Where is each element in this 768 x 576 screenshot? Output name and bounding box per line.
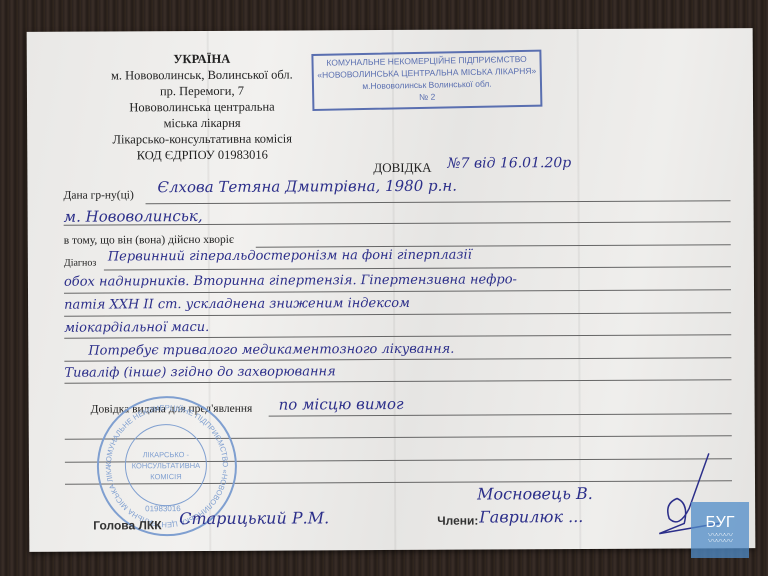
ill-label: в тому, що він (вона) дійсно хворіє [64,234,234,247]
head-signature: Старицький Р.М. [179,508,329,528]
letterhead-line: міська лікарня [87,114,317,131]
letterhead-line: КОД ЄДРПОУ 01983016 [87,146,317,163]
waves-icon: 〰〰〰〰〰〰 [691,532,749,544]
given-to-value: Єлхова Тетяна Дмитрівна, 1980 р.н. [157,177,457,197]
seal-center: ЛІКАРСЬКО - КОНСУЛЬТАТИВНА КОМІСІЯ [125,424,207,506]
form-line [64,312,731,316]
head-label: Голова ЛКК [93,518,161,532]
letterhead-line: Нововолинська центральна [87,98,317,115]
letterhead-line: Лікарсько-консультативна комісія [87,130,317,147]
letterhead-line: пр. Перемоги, 7 [87,82,317,99]
document-title: ДОВІДКА [373,160,431,176]
diagnosis-label: Діагноз [64,258,97,269]
form-line [256,244,731,247]
diagnosis-line: Потребує тривалого медикаментозного ліку… [88,342,454,359]
seal-code: 01983016 [145,504,181,513]
letterhead-country: УКРАЇНА [87,50,317,67]
diagnosis-line: Первинний гіперальдостеронізм на фоні гі… [108,248,472,265]
letterhead-line: м. Нововолинськ, Волинської обл. [87,66,317,83]
address-value: м. Нововолинськ, [64,207,203,226]
seal-center-line: КОНСУЛЬТАТИВНА [132,460,201,471]
seal-center-line: ЛІКАРСЬКО - [143,449,189,460]
members-label: Члени: [437,514,478,528]
watermark-logo: БУГ 〰〰〰〰〰〰 [691,502,749,558]
member-signature: Мосновець В. [477,484,593,504]
document-sheet: УКРАЇНА м. Нововолинськ, Волинської обл.… [27,28,756,552]
form-line [64,289,731,293]
document-number-date: №7 від 16.01.20р [447,155,571,172]
given-to-label: Дана гр-ну(ці) [63,189,133,201]
diagnosis-line: міокардіальної маси. [64,320,209,336]
letterhead: УКРАЇНА м. Нововолинськ, Волинської обл.… [87,50,318,163]
form-line [269,413,732,416]
diagnosis-line: обох наднирників. Вторинна гіпертензія. … [64,272,517,289]
diagnosis-line: патія ХХН ІІ ст. ускладнена зниженим інд… [64,296,410,313]
diagnosis-line: Тиваліф (інше) згідно до захворювання [64,364,335,380]
issued-for-value: по місцю вимог [279,395,404,414]
rectangular-stamp: КОМУНАЛЬНЕ НЕКОМЕРЦІЙНЕ ПІДПРИЄМСТВО «НО… [311,50,542,111]
member-signature: Гаврилюк ... [479,507,583,527]
form-line [146,200,731,204]
form-line [104,266,731,270]
seal-center-line: КОМІСІЯ [150,471,181,482]
